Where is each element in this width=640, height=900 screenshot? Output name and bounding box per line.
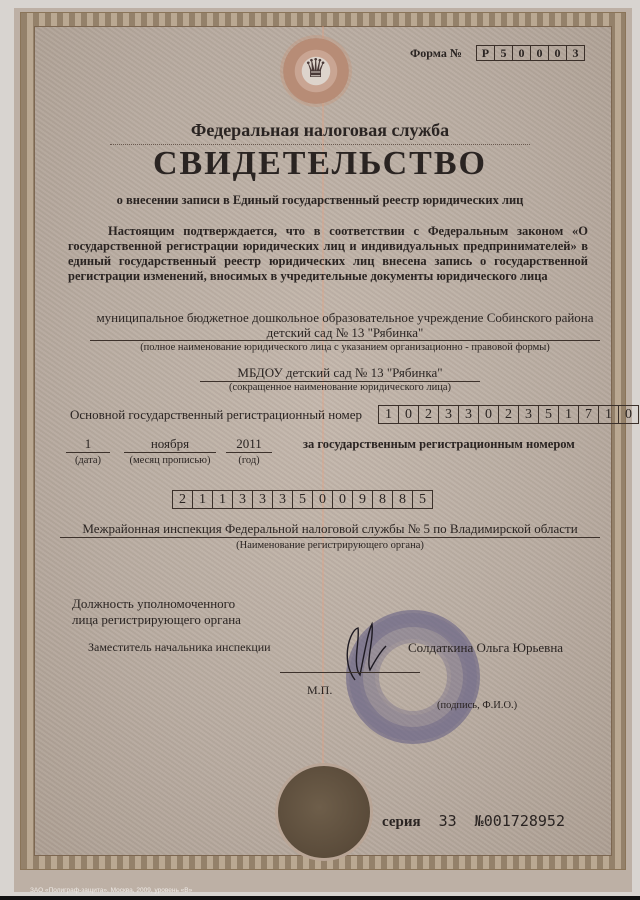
date-day-caption: (дата) <box>66 455 110 466</box>
entity-short-name: МБДОУ детский сад № 13 "Рябинка" <box>200 365 480 381</box>
digit-cell: 1 <box>379 406 399 423</box>
series-value: 33 <box>439 812 457 830</box>
coat-of-arms-emblem-icon: ♛ <box>283 38 349 104</box>
digit-cell: 1 <box>599 406 619 423</box>
stamp-place-label: М.П. <box>307 683 332 698</box>
digit-cell: 3 <box>439 406 459 423</box>
underline <box>124 452 216 453</box>
digit-cell: Р <box>477 46 495 60</box>
digit-cell: 0 <box>531 46 549 60</box>
confirmation-paragraph: Настоящим подтверждается, что в соответс… <box>68 224 588 284</box>
agency-name: Федеральная налоговая служба <box>0 120 640 141</box>
short-name-caption: (сокращенное наименование юридического л… <box>200 382 480 393</box>
underline <box>90 340 600 341</box>
grn-cells: 2113335009885 <box>172 490 433 509</box>
ogrn-cells: 1023302351710 <box>378 405 639 424</box>
digit-cell: 3 <box>253 491 273 508</box>
digit-cell: 2 <box>173 491 193 508</box>
underline <box>226 452 272 453</box>
full-name-line-1: муниципальное бюджетное дошкольное образ… <box>90 310 600 325</box>
digit-cell: 8 <box>373 491 393 508</box>
digit-cell: 0 <box>619 406 638 423</box>
entity-full-name: муниципальное бюджетное дошкольное образ… <box>90 310 600 340</box>
digit-cell: 0 <box>399 406 419 423</box>
digit-cell: 0 <box>479 406 499 423</box>
underline <box>60 537 600 538</box>
blank-number: №001728952 <box>475 812 565 830</box>
hologram-seal <box>278 766 370 858</box>
digit-cell: 0 <box>513 46 531 60</box>
signer-position: Заместитель начальника инспекции <box>88 640 271 655</box>
scan-edge <box>0 896 640 900</box>
signer-name: Солдаткина Ольга Юрьевна <box>408 640 563 656</box>
digit-cell: 9 <box>353 491 373 508</box>
registering-authority-caption: (Наименование регистрирующего органа) <box>60 540 600 551</box>
digit-cell: 3 <box>567 46 584 60</box>
signature-line <box>280 672 420 673</box>
form-number: Форма № Р50003 <box>410 45 585 61</box>
paragraph-text: Настоящим подтверждается, что в соответс… <box>68 224 588 283</box>
digit-cell: 1 <box>213 491 233 508</box>
document-subtitle: о внесении записи в Единый государственн… <box>0 193 640 208</box>
date-month: ноября <box>124 436 216 452</box>
digit-cell: 2 <box>499 406 519 423</box>
signature-icon <box>330 620 390 690</box>
document-title: СВИДЕТЕЛЬСТВО <box>0 145 640 183</box>
date-year-caption: (год) <box>226 455 272 466</box>
digit-cell: 0 <box>313 491 333 508</box>
digit-cell: 2 <box>419 406 439 423</box>
digit-cell: 8 <box>393 491 413 508</box>
digit-cell: 3 <box>459 406 479 423</box>
date-year: 2011 <box>226 436 272 452</box>
digit-cell: 5 <box>539 406 559 423</box>
digit-cell: 3 <box>519 406 539 423</box>
digit-cell: 5 <box>413 491 432 508</box>
digit-cell: 1 <box>559 406 579 423</box>
digit-cell: 3 <box>233 491 253 508</box>
signature-caption: (подпись, Ф.И.О.) <box>437 700 517 711</box>
digit-cell: 5 <box>495 46 513 60</box>
digit-cell: 7 <box>579 406 599 423</box>
underline <box>66 452 110 453</box>
digit-cell: 0 <box>549 46 567 60</box>
digit-cell: 0 <box>333 491 353 508</box>
position-label-line-1: Должность уполномоченного <box>72 596 241 612</box>
series-label: серия <box>382 814 421 831</box>
series-number: серия 33 №001728952 <box>382 812 565 831</box>
date-day: 1 <box>66 436 110 452</box>
form-label: Форма № <box>410 46 462 61</box>
digit-cell: 1 <box>193 491 213 508</box>
form-code-cells: Р50003 <box>476 45 585 61</box>
position-label-line-2: лица регистрирующего органа <box>72 612 241 628</box>
grn-label: за государственным регистрационным номер… <box>303 437 575 452</box>
digit-cell: 3 <box>273 491 293 508</box>
printer-imprint: ЗАО «Полиграф-защита», Москва, 2009, уро… <box>30 887 192 894</box>
digit-cell: 5 <box>293 491 313 508</box>
date-month-caption: (месяц прописью) <box>124 455 216 466</box>
ogrn-label: Основной государственный регистрационный… <box>70 407 362 423</box>
full-name-caption: (полное наименование юридического лица с… <box>90 342 600 353</box>
registering-authority: Межрайонная инспекция Федеральной налого… <box>60 521 600 537</box>
position-label: Должность уполномоченного лица регистрир… <box>72 596 241 628</box>
full-name-line-2: детский сад № 13 "Рябинка" <box>90 325 600 340</box>
